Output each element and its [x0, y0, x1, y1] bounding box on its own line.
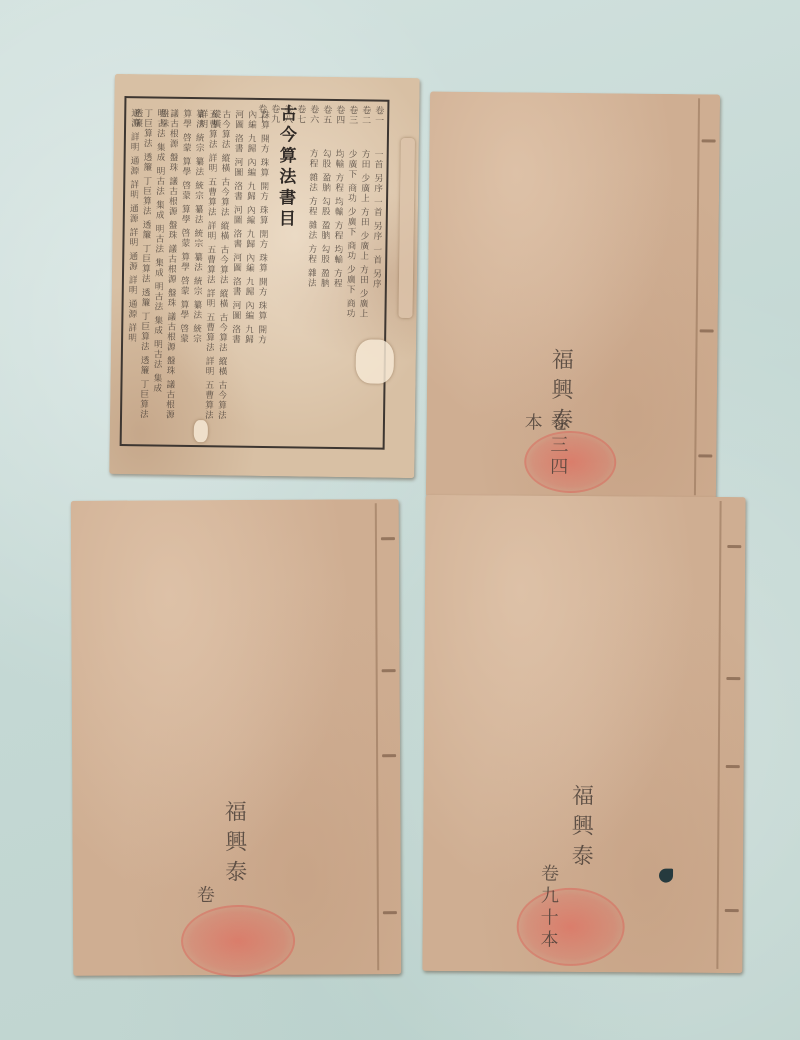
red-seal-stamp [516, 888, 625, 967]
stitch [727, 545, 741, 548]
contents-column: 一首 另序 一首 另序 一首 另序 [371, 149, 383, 288]
volume-header: 卷六 [308, 105, 318, 125]
volume-header: 卷一 [373, 106, 383, 126]
spine-line [375, 503, 379, 970]
book-contents-page: 古今算法書目 卷一卷二卷三卷四卷五卷六卷七卷八卷九卷十一首 另序 一首 另序 一… [109, 74, 420, 478]
owner-label: 福興泰 [565, 784, 597, 874]
volume-header: 卷二 [360, 105, 370, 125]
volume-header: 卷七 [295, 104, 305, 124]
stitch [381, 537, 395, 540]
stitch [725, 909, 739, 912]
red-seal-stamp [181, 905, 295, 978]
volume-header: 卷三 [347, 105, 357, 125]
spine-line [716, 501, 721, 969]
owner-label: 福興泰 [218, 800, 249, 890]
stitch [382, 669, 396, 672]
volume-header: 卷九 [269, 104, 279, 124]
volume-header: 卷八 [282, 104, 292, 124]
contents-columns: 卷一卷二卷三卷四卷五卷六卷七卷八卷九卷十一首 另序 一首 另序 一首 另序 方田… [115, 74, 420, 78]
spine-line [694, 98, 700, 495]
volume-label: 卷九十本 [534, 864, 561, 952]
contents-column: 勾股 盈朒 勾股 盈朒 勾股 盈朒 [319, 149, 331, 288]
photo-canvas: { "scene": { "description": "Four antiqu… [0, 0, 800, 1040]
book-cover-bottom-right: 福興泰 卷九十本 [422, 495, 745, 973]
contents-column: 均輸 方程 均輸 方程 均輸 方程 [332, 149, 344, 288]
stitch [382, 754, 396, 757]
stitch [726, 677, 740, 680]
paper-tear [194, 420, 208, 442]
stitch [702, 139, 716, 142]
ink-stain [659, 869, 673, 883]
volume-header: 卷五 [321, 105, 331, 125]
contents-column: 方程 雜法 方程 雜法 方程 雜法 [306, 149, 318, 288]
stitch [726, 765, 740, 768]
book-cover-bottom-left: 福興泰 卷 [71, 499, 401, 976]
stitch [698, 454, 712, 457]
volume-label: 卷三四本 [518, 412, 571, 498]
book-cover-top-right: 福興泰 卷三四本 [426, 91, 720, 499]
frayed-edge [398, 138, 415, 318]
stitch [383, 911, 397, 914]
paper-tear [356, 339, 395, 384]
volume-header: 卷四 [334, 105, 344, 125]
volume-label: 卷 [191, 885, 217, 907]
stitch [700, 329, 714, 332]
